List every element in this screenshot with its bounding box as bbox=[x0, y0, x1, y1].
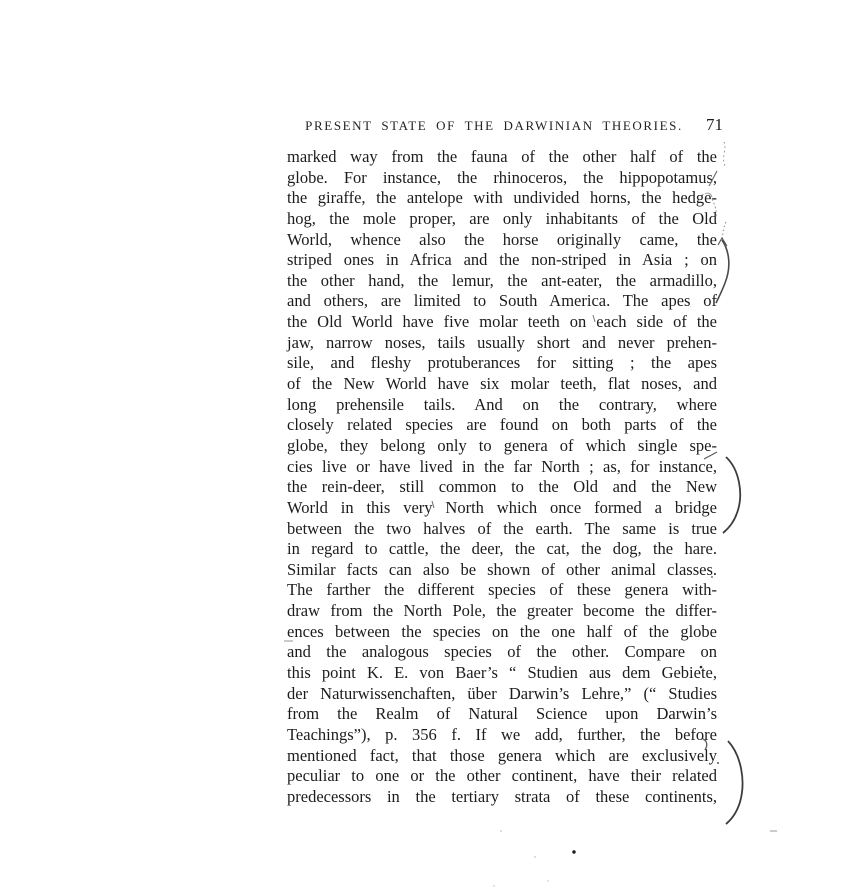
text-line: globe, they belong only to genera of whi… bbox=[287, 436, 717, 457]
text-line: globe. For instance, the rhinoceros, the… bbox=[287, 168, 717, 189]
page-header-title: PRESENT STATE OF THE DARWINIAN THEORIES. bbox=[287, 118, 701, 134]
body-text: marked way from the fauna of the other h… bbox=[287, 147, 717, 808]
text-line: predecessors in the tertiary strata of t… bbox=[287, 787, 717, 808]
text-line: The farther the different species of the… bbox=[287, 580, 717, 601]
text-line: this point K. E. von Baer’s “ Studien au… bbox=[287, 663, 717, 684]
text-line: ences between the species on the one hal… bbox=[287, 622, 717, 643]
text-line: long prehensile tails. And on the contra… bbox=[287, 395, 717, 416]
text-line: jaw, narrow noses, tails usually short a… bbox=[287, 333, 717, 354]
text-line: peculiar to one or the other continent, … bbox=[287, 766, 717, 787]
pencil-mark-long-curve bbox=[716, 240, 729, 303]
book-page: PRESENT STATE OF THE DARWINIAN THEORIES.… bbox=[0, 0, 864, 895]
text-line: the giraffe, the antelope with undivided… bbox=[287, 188, 717, 209]
text-line: Similar facts can also be shown of other… bbox=[287, 560, 717, 581]
text-line: and the analogous species of the other. … bbox=[287, 642, 717, 663]
speck-2 bbox=[534, 856, 535, 857]
pencil-mark-arrow-tip bbox=[718, 238, 727, 246]
text-line: cies live or have lived in the far North… bbox=[287, 457, 717, 478]
text-line: mentioned fact, that those genera which … bbox=[287, 746, 717, 767]
text-line: World, whence also the horse originally … bbox=[287, 230, 717, 251]
page-number: 71 bbox=[706, 115, 723, 135]
pencil-mark-parenthesis-2 bbox=[726, 741, 743, 824]
text-line: sile, and fleshy protuberances for sitti… bbox=[287, 353, 717, 374]
text-line: draw from the North Pole, the greater be… bbox=[287, 601, 717, 622]
text-line: Teachings”), p. 356 f. If we add, furthe… bbox=[287, 725, 717, 746]
text-line: from the Realm of Natural Science upon D… bbox=[287, 704, 717, 725]
text-line: the rein-deer, still common to the Old a… bbox=[287, 477, 717, 498]
text-line: in regard to cattle, the deer, the cat, … bbox=[287, 539, 717, 560]
text-line: der Naturwissenchaften, über Darwin’s Le… bbox=[287, 684, 717, 705]
text-line: hog, the mole proper, are only inhabitan… bbox=[287, 209, 717, 230]
text-line: World in this very North which once form… bbox=[287, 498, 717, 519]
pencil-mark-dotted-squiggle bbox=[724, 142, 725, 166]
text-line: the Old World have five molar teeth on e… bbox=[287, 312, 717, 333]
text-line: striped ones in Africa and the non-strip… bbox=[287, 250, 717, 271]
pencil-mark-parenthesis-1 bbox=[723, 457, 740, 533]
speck-3 bbox=[547, 880, 548, 881]
speck-4 bbox=[493, 885, 494, 886]
text-line: of the New World have six molar teeth, f… bbox=[287, 374, 717, 395]
text-line: the other hand, the lemur, the ant-eater… bbox=[287, 271, 717, 292]
speck-bottom-center bbox=[572, 850, 575, 853]
text-line: marked way from the fauna of the other h… bbox=[287, 147, 717, 168]
speck-1 bbox=[500, 830, 501, 831]
pencil-mark-curve-dotted-part bbox=[722, 222, 726, 240]
text-line: and others, are limited to South America… bbox=[287, 291, 717, 312]
pencil-dot-after-exclusively bbox=[717, 762, 719, 764]
text-line: between the two halves of the earth. The… bbox=[287, 519, 717, 540]
text-line: closely related species are found on bot… bbox=[287, 415, 717, 436]
